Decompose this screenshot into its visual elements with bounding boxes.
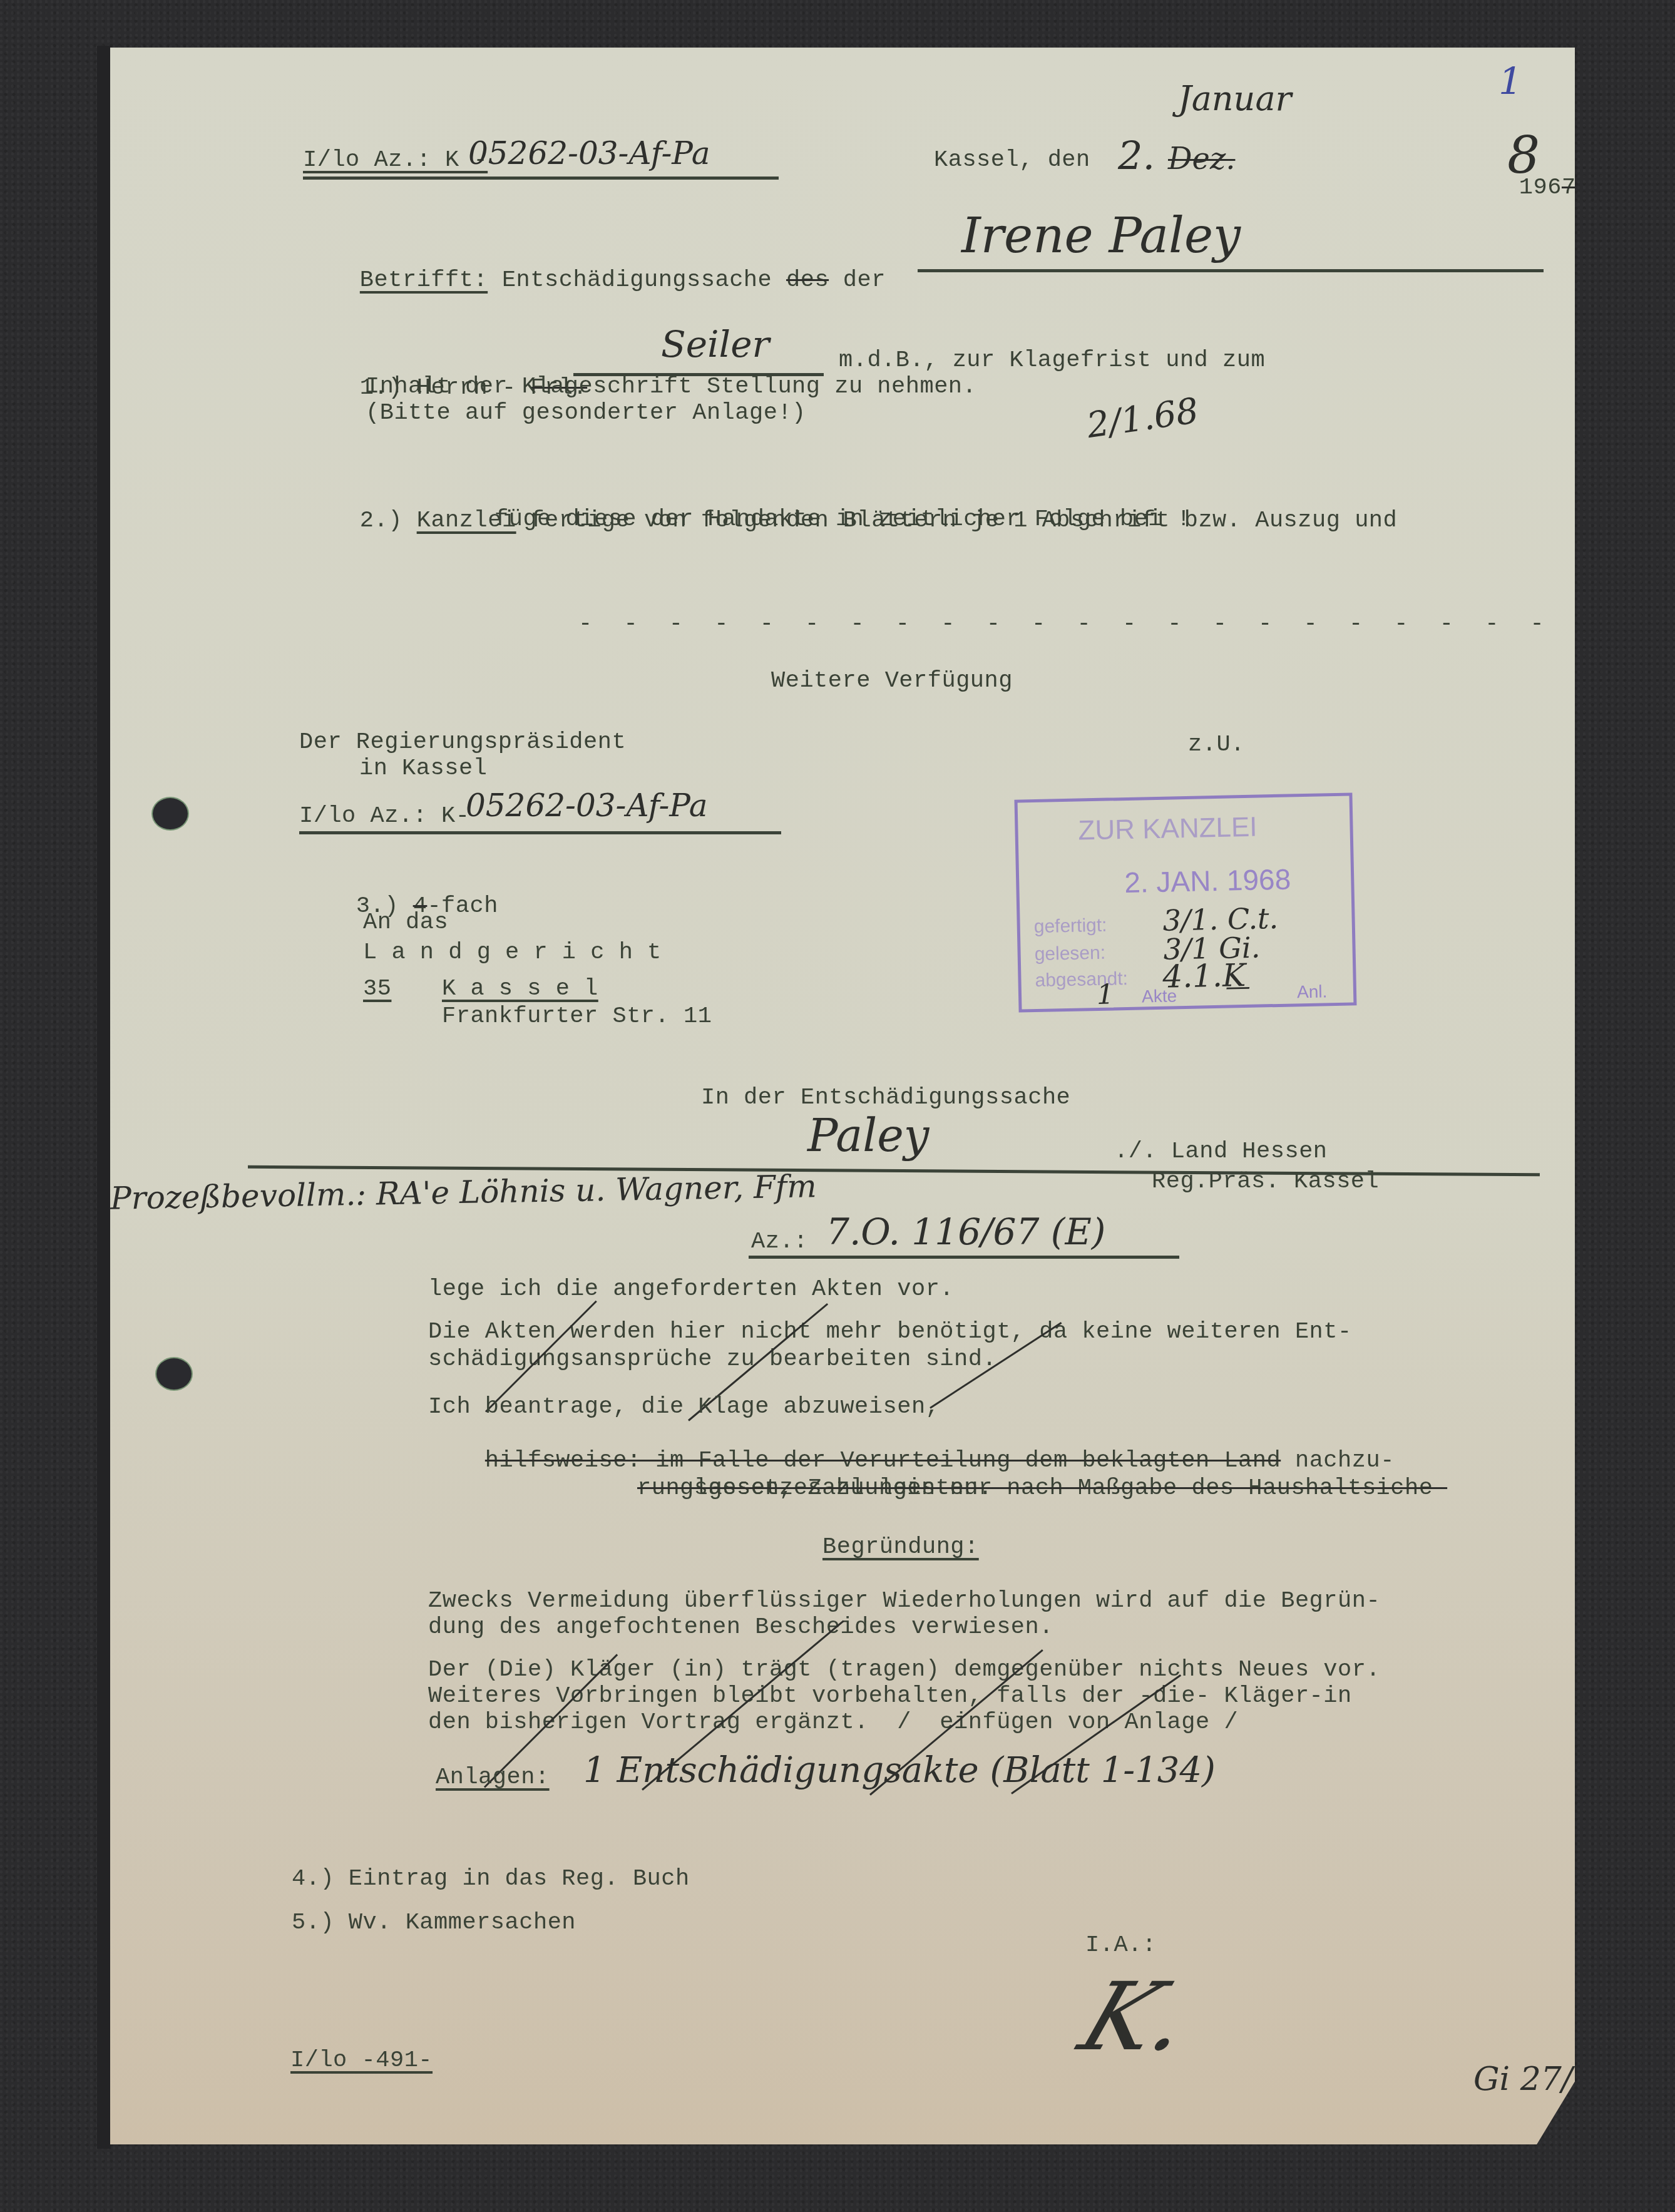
item1-line2: Inhalt der Klageschrift Stellung zu nehm… (366, 373, 976, 401)
subject-line: Betrifft: Entschädigungssache des der (303, 239, 886, 322)
page-number: 1 (1498, 60, 1522, 104)
case-az-label: Az.: (751, 1228, 808, 1256)
case-counsel-handwritten: Prozeßbevollm.: RA'e Löhnis u. Wagner, F… (110, 1168, 817, 1217)
place-date-label: Kassel, den (934, 146, 1090, 174)
further-order-title: Weitere Verfügung (771, 667, 1013, 695)
punch-hole-top (153, 798, 188, 829)
date-month-handwritten: Januar (1178, 79, 1291, 118)
attachments-label: Anlagen: (436, 1764, 550, 1791)
file-reference-label: I/lo Az.: K - (303, 146, 488, 174)
body-p3-line4: rungsgesetzes zu leisten. (637, 1475, 993, 1502)
reason-title: Begründung: (822, 1534, 979, 1561)
item1-name-handwritten: Seiler (661, 323, 769, 366)
closing-ia: I.A.: (1085, 1932, 1157, 1959)
file-reference-handwritten: 05262-03-Af-Pa (468, 135, 710, 172)
chancery-stamp: ZUR KANZLEI 2. JAN. 1968 gefertigt: gele… (1014, 792, 1356, 1012)
stamp-row2-label: gelesen: (1034, 943, 1105, 965)
address-street: Frankfurter Str. 11 (442, 1003, 712, 1030)
binder-edge (97, 46, 111, 2149)
item1-initials-date: 2/1.68 (1084, 391, 1201, 446)
closing-item5: 5.) Wv. Kammersachen (292, 1909, 576, 1937)
case-intro: In der Entschädigungssache (701, 1084, 1070, 1112)
date-month-struck: Dez. (1168, 141, 1235, 177)
stamp-row1-label: gefertigt: (1033, 915, 1107, 938)
closing-item4: 4.) Eintrag in das Reg. Buch (292, 1865, 690, 1893)
body-p2-line2: schädigungsansprüche zu bearbeiten sind. (428, 1346, 996, 1373)
body-p1: lege ich die angeforderten Akten vor. (428, 1276, 954, 1303)
reason-r1-line1: Zwecks Vermeidung überflüssiger Wiederho… (428, 1587, 1380, 1615)
item1-line3: (Bitte auf gesonderter Anlage!) (366, 399, 806, 427)
item1-line1-rest: m.d.B., zur Klagefrist und zum (839, 347, 1265, 374)
document-page: 1 I/lo Az.: K - 05262-03-Af-Pa Kassel, d… (110, 48, 1575, 2144)
section-separator: - - - - - - - - - - - - - - - - - - - - … (578, 611, 1553, 637)
subject-struck: des (786, 267, 829, 294)
year-struck-digit: 7 (1562, 175, 1576, 201)
authority-line2: in Kassel (359, 755, 487, 782)
stamp-anl-count: — (1225, 972, 1251, 1001)
address-city: K a s s e l (442, 975, 598, 1003)
address-court: L a n d g e r i c h t (363, 939, 662, 966)
address-postcode: 35 (363, 975, 391, 1003)
case-versus: ./. Land Hessen (1114, 1138, 1328, 1165)
file-reference-underline (303, 177, 779, 180)
subject-suffix: der (843, 267, 886, 294)
corner-note-handwritten: Gi 27/12 (1473, 2061, 1614, 2098)
item2-number: 2.) (360, 508, 402, 534)
stamp-akte-label: Akte (1142, 986, 1177, 1006)
stamp-row3-label: abgesandt: (1035, 968, 1128, 991)
case-az-handwritten: 7.O. 116/67 (E) (826, 1211, 1105, 1253)
stamp-title: ZUR KANZLEI (1078, 812, 1258, 847)
claimant-name-handwritten: Irene Paley (961, 208, 1241, 264)
further-az-underline (299, 831, 781, 834)
claimant-name-underline (918, 269, 1544, 272)
stamp-anl-label: Anl. (1297, 981, 1328, 1002)
item2-line2: füge diese der Handakte in zeitlicher Fo… (494, 506, 1191, 533)
case-defendant-rep: Reg.Präs. Kassel (1152, 1168, 1379, 1196)
signature-handwritten: K. (1067, 1963, 1206, 2072)
address-line1: An das (363, 909, 448, 936)
further-az-handwritten: 05262-03-Af-Pa (466, 787, 708, 824)
further-az-label: I/lo Az.: K- (299, 802, 469, 830)
punch-hole-bottom (156, 1358, 192, 1390)
stamp-akte-count: 1 (1097, 978, 1115, 1011)
subject-text: Entschädigungssache (502, 267, 772, 294)
reason-r1-line2: dung des angefochtenen Bescheides verwie… (428, 1614, 1053, 1641)
zu-mark: z.U. (1188, 731, 1245, 759)
footer-reference: I/lo -491- (290, 2047, 433, 2074)
authority-line1: Der Regierungspräsident (299, 729, 626, 756)
body-p3-line1: Ich beantrage, die Klage abzuweisen, (428, 1393, 940, 1421)
case-az-underline (749, 1256, 1179, 1259)
stamp-date: 2. JAN. 1968 (1124, 862, 1291, 899)
attachments-handwritten: 1 Entschädigungsakte (Blatt 1-134) (583, 1750, 1216, 1791)
reason-r2-line1: Der (Die) Kläger (in) trägt (tragen) dem… (428, 1656, 1380, 1684)
case-plaintiff-handwritten: Paley (807, 1109, 929, 1162)
year-correction-handwritten: 8 (1507, 126, 1540, 186)
date-day-handwritten: 2. (1118, 133, 1155, 178)
subject-label: Betrifft: (360, 267, 488, 294)
